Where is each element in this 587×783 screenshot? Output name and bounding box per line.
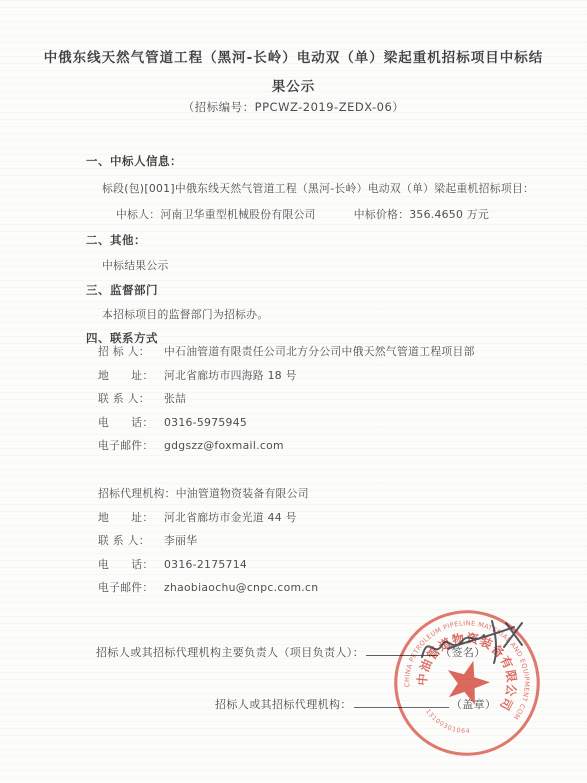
contact-row-address: 地 址：河北省廊坊市四海路 18 号 [98, 364, 475, 388]
contact-label: 电 话： [98, 411, 164, 435]
contact-value: 李丽华 [164, 534, 197, 547]
tenderer-contact-block: 招 标 人：中石油管道有限责任公司北方分公司中俄天然气管道工程项目部 地 址：河… [98, 340, 475, 458]
scanned-document-page: 中俄东线天然气管道工程（黑河-长岭）电动双（单）梁起重机招标项目中标结 果公示 … [0, 0, 587, 783]
document-title-line2: 果公示 [0, 75, 587, 95]
stamp-label: 招标人或其招标代理机构： [215, 698, 352, 711]
contact-label: 电 话： [98, 553, 164, 577]
contact-value: 中石油管道有限责任公司北方分公司中俄天然气管道工程项目部 [164, 345, 475, 358]
contact-label: 电子邮件： [98, 434, 164, 458]
signature-label: 招标人或其招标代理机构主要负责人（项目负责人）： [96, 646, 364, 659]
seal-serial-number: 13100301064 [421, 707, 475, 738]
section-heading-supervision: 三、监督部门 [86, 282, 158, 298]
contact-row-phone: 电 话：0316-5975945 [98, 411, 475, 435]
contact-label: 地 址： [98, 506, 164, 530]
contact-label: 联 系 人： [98, 387, 164, 411]
contact-value: 河北省廊坊市四海路 18 号 [164, 369, 297, 382]
tender-number: （招标编号：PPCWZ-2019-ZEDX-06） [0, 99, 587, 115]
other-body: 中标结果公示 [102, 258, 169, 273]
contact-value: 0316-5975945 [164, 416, 247, 429]
contact-label: 地 址： [98, 364, 164, 388]
section-heading-other: 二、其他： [86, 232, 146, 248]
handwritten-signature [418, 615, 543, 673]
contact-row-person: 联 系 人：李丽华 [98, 529, 318, 553]
contact-row-person: 联 系 人：张喆 [98, 387, 475, 411]
contact-value: 中油管道物资装备有限公司 [176, 487, 309, 500]
section-heading-winner-info: 一、中标人信息： [86, 153, 182, 169]
contact-label: 电子邮件： [98, 576, 164, 600]
winner-name: 中标人：河南卫华重型机械股份有限公司 [116, 208, 316, 221]
supervision-body: 本招标项目的监督部门为招标办。 [102, 307, 268, 322]
contact-row-agency: 招标代理机构：中油管道物资装备有限公司 [98, 482, 318, 506]
contact-label: 招 标 人： [98, 340, 164, 364]
contact-row-email: 电子邮件：gdgszz@foxmail.com [98, 434, 475, 458]
contact-row-tenderer: 招 标 人：中石油管道有限责任公司北方分公司中俄天然气管道工程项目部 [98, 340, 475, 364]
contact-value: 张喆 [164, 392, 186, 405]
agency-contact-block: 招标代理机构：中油管道物资装备有限公司 地 址：河北省廊坊市金光道 44 号 联… [98, 482, 318, 600]
document-title-line1: 中俄东线天然气管道工程（黑河-长岭）电动双（单）梁起重机招标项目中标结 [0, 46, 587, 66]
contact-row-phone: 电 话：0316-2175714 [98, 553, 318, 577]
contact-value: 河北省廊坊市金光道 44 号 [164, 511, 297, 524]
winner-line: 中标人：河南卫华重型机械股份有限公司中标价格：356.4650 万元 [116, 207, 527, 222]
contact-value: gdgszz@foxmail.com [164, 439, 284, 452]
contact-row-email: 电子邮件：zhaobiaochu@cnpc.com.cn [98, 576, 318, 600]
winner-price: 中标价格：356.4650 万元 [354, 208, 489, 221]
contact-label: 联 系 人： [98, 529, 164, 553]
lot-line: 标段(包)[001]中俄东线天然气管道工程（黑河-长岭）电动双（单）梁起重机招标… [102, 181, 534, 196]
contact-value: 0316-2175714 [164, 558, 247, 571]
contact-value: zhaobiaochu@cnpc.com.cn [164, 581, 318, 594]
contact-row-address: 地 址：河北省廊坊市金光道 44 号 [98, 506, 318, 530]
contact-label: 招标代理机构： [98, 482, 176, 506]
